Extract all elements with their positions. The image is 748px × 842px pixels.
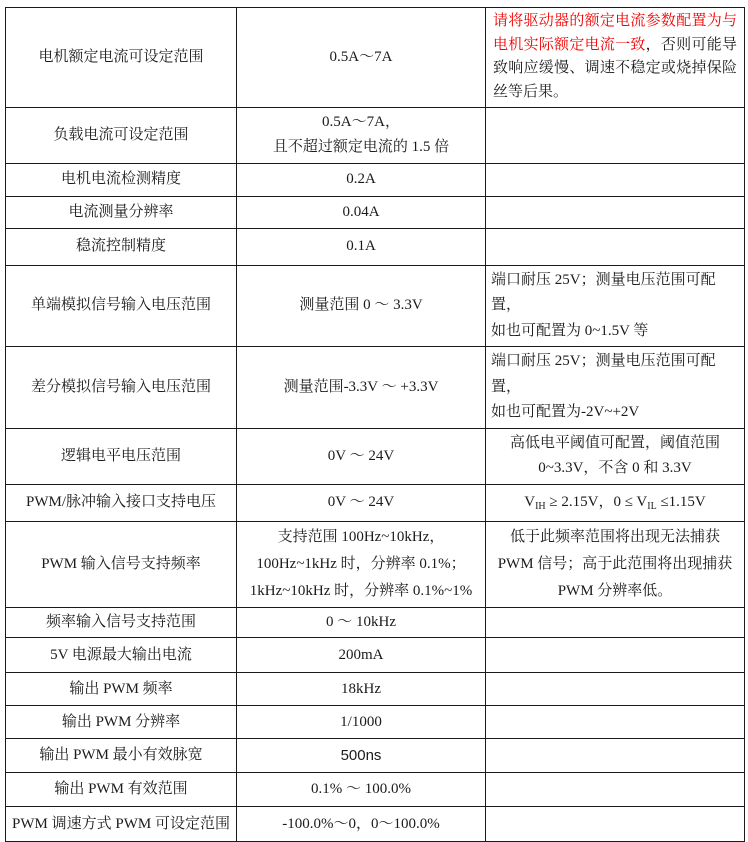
specs-table: 电机额定电流可设定范围 0.5A～7A 请将驱动器的额定电流参数配置为与电机实际… bbox=[5, 7, 745, 842]
value-text: 测量范围 0 ～ 3.3V bbox=[299, 297, 422, 313]
value-cell: 18kHz bbox=[237, 673, 486, 706]
param-label: 逻辑电平电压范围 bbox=[61, 448, 181, 464]
formula-subscript: IH bbox=[535, 501, 546, 512]
note-cell bbox=[486, 196, 745, 228]
value-cell: 0.04A bbox=[237, 196, 486, 228]
value-cell: 测量范围-3.3V ～ +3.3V bbox=[237, 347, 486, 429]
table-row: 频率输入信号支持范围 0 ～ 10kHz bbox=[6, 607, 745, 638]
param-cell: 输出 PWM 分辨率 bbox=[6, 706, 237, 739]
param-label: 单端模拟信号输入电压范围 bbox=[31, 297, 211, 313]
value-text: 0.2A bbox=[346, 171, 376, 187]
value-cell: 0.5A～7A， 且不超过额定电流的 1.5 倍 bbox=[237, 107, 486, 163]
param-cell: PWM/脉冲输入接口支持电压 bbox=[6, 484, 237, 521]
formula-text: ≤1.15V bbox=[657, 494, 706, 510]
value-cell: 0.1% ～ 100.0% bbox=[237, 773, 486, 807]
note-text: 高低电平阈值可配置，阈值范围 0~3.3V，不含 0 和 3.3V bbox=[510, 435, 720, 477]
param-label: PWM 调速方式 PWM 可设定范围 bbox=[12, 816, 230, 832]
value-cell: 200mA bbox=[237, 638, 486, 673]
note-text: 低于此频率范围将出现无法捕获 PWM 信号；高于此范围将出现捕获 PWM 分辨率… bbox=[498, 529, 733, 599]
param-cell: 输出 PWM 频率 bbox=[6, 673, 237, 706]
value-cell: 500ns bbox=[237, 739, 486, 773]
param-label: 输出 PWM 分辨率 bbox=[62, 714, 180, 730]
param-cell: PWM 调速方式 PWM 可设定范围 bbox=[6, 807, 237, 842]
note-cell: 请将驱动器的额定电流参数配置为与电机实际额定电流一致，否则可能导致响应缓慢、调速… bbox=[486, 8, 745, 108]
spec-document-page: 电机额定电流可设定范围 0.5A～7A 请将驱动器的额定电流参数配置为与电机实际… bbox=[0, 0, 748, 769]
table-row: 输出 PWM 分辨率 1/1000 bbox=[6, 706, 745, 739]
note-cell bbox=[486, 163, 745, 196]
value-cell: 0.2A bbox=[237, 163, 486, 196]
table-row: 逻辑电平电压范围 0V ～ 24V 高低电平阈值可配置，阈值范围 0~3.3V，… bbox=[6, 428, 745, 484]
param-cell: PWM 输入信号支持频率 bbox=[6, 521, 237, 607]
table-row: 差分模拟信号输入电压范围 测量范围-3.3V ～ +3.3V 端口耐压 25V；… bbox=[6, 347, 745, 429]
table-row: 稳流控制精度 0.1A bbox=[6, 228, 745, 265]
param-label: 负载电流可设定范围 bbox=[53, 127, 188, 143]
param-label: 电流测量分辨率 bbox=[68, 204, 173, 220]
param-cell: 差分模拟信号输入电压范围 bbox=[6, 347, 237, 429]
value-cell: 0.5A～7A bbox=[237, 8, 486, 108]
note-cell: 端口耐压 25V；测量电压范围可配置， 如也可配置为-2V~+2V bbox=[486, 347, 745, 429]
value-text: 0.1% ～ 100.0% bbox=[311, 781, 411, 797]
param-cell: 频率输入信号支持范围 bbox=[6, 607, 237, 638]
param-label: 输出 PWM 最小有效脉宽 bbox=[39, 747, 202, 763]
value-cell: 0 ～ 10kHz bbox=[237, 607, 486, 638]
param-cell: 负载电流可设定范围 bbox=[6, 107, 237, 163]
note-cell bbox=[486, 228, 745, 265]
note-cell bbox=[486, 739, 745, 773]
value-cell: 1/1000 bbox=[237, 706, 486, 739]
value-text: 18kHz bbox=[341, 681, 381, 697]
table-row: 输出 PWM 频率 18kHz bbox=[6, 673, 745, 706]
note-text: 端口耐压 25V；测量电压范围可配置， 如也可配置为 0~1.5V 等 bbox=[491, 272, 716, 339]
value-text: -100.0%～0，0～100.0% bbox=[282, 816, 440, 832]
value-cell: 0.1A bbox=[237, 228, 486, 265]
param-label: 电机电流检测精度 bbox=[61, 171, 181, 187]
value-cell: 0V ～ 24V bbox=[237, 484, 486, 521]
note-text: 端口耐压 25V；测量电压范围可配置， 如也可配置为-2V~+2V bbox=[491, 353, 716, 420]
note-cell bbox=[486, 773, 745, 807]
note-cell bbox=[486, 638, 745, 673]
param-label: 输出 PWM 频率 bbox=[69, 681, 172, 697]
value-text: 0V ～ 24V bbox=[328, 448, 394, 464]
value-text: 测量范围-3.3V ～ +3.3V bbox=[284, 379, 439, 395]
note-cell bbox=[486, 807, 745, 842]
param-label: 输出 PWM 有效范围 bbox=[54, 781, 187, 797]
table-row: 电流测量分辨率 0.04A bbox=[6, 196, 745, 228]
value-cell: 测量范围 0 ～ 3.3V bbox=[237, 265, 486, 347]
param-cell: 输出 PWM 最小有效脉宽 bbox=[6, 739, 237, 773]
param-label: 差分模拟信号输入电压范围 bbox=[31, 379, 211, 395]
param-cell: 电机电流检测精度 bbox=[6, 163, 237, 196]
formula-subscript: IL bbox=[647, 501, 656, 512]
value-text: 0.5A～7A bbox=[330, 49, 393, 65]
table-row: 负载电流可设定范围 0.5A～7A， 且不超过额定电流的 1.5 倍 bbox=[6, 107, 745, 163]
value-text: 0.1A bbox=[346, 238, 376, 254]
value-text: 0V ～ 24V bbox=[328, 494, 394, 510]
note-cell bbox=[486, 706, 745, 739]
param-cell: 电流测量分辨率 bbox=[6, 196, 237, 228]
value-text: 200mA bbox=[339, 647, 384, 663]
note-cell bbox=[486, 673, 745, 706]
value-cell: 0V ～ 24V bbox=[237, 428, 486, 484]
note-cell: 低于此频率范围将出现无法捕获 PWM 信号；高于此范围将出现捕获 PWM 分辨率… bbox=[486, 521, 745, 607]
param-label: 电机额定电流可设定范围 bbox=[38, 49, 203, 65]
param-label: 5V 电源最大输出电流 bbox=[50, 647, 192, 663]
note-cell: 高低电平阈值可配置，阈值范围 0~3.3V，不含 0 和 3.3V bbox=[486, 428, 745, 484]
param-cell: 电机额定电流可设定范围 bbox=[6, 8, 237, 108]
value-text: 0 ～ 10kHz bbox=[326, 614, 396, 630]
table-row: PWM/脉冲输入接口支持电压 0V ～ 24V VIH ≥ 2.15V，0 ≤ … bbox=[6, 484, 745, 521]
param-cell: 单端模拟信号输入电压范围 bbox=[6, 265, 237, 347]
param-label: 稳流控制精度 bbox=[76, 238, 166, 254]
table-row: 5V 电源最大输出电流 200mA bbox=[6, 638, 745, 673]
note-cell-voltage-thresholds: VIH ≥ 2.15V，0 ≤ VIL ≤1.15V bbox=[486, 484, 745, 521]
table-row: 单端模拟信号输入电压范围 测量范围 0 ～ 3.3V 端口耐压 25V；测量电压… bbox=[6, 265, 745, 347]
table-row: 电机额定电流可设定范围 0.5A～7A 请将驱动器的额定电流参数配置为与电机实际… bbox=[6, 8, 745, 108]
param-cell: 稳流控制精度 bbox=[6, 228, 237, 265]
table-row: PWM 输入信号支持频率 支持范围 100Hz~10kHz， 100Hz~1kH… bbox=[6, 521, 745, 607]
param-label: 频率输入信号支持范围 bbox=[46, 614, 196, 630]
param-cell: 5V 电源最大输出电流 bbox=[6, 638, 237, 673]
param-cell: 输出 PWM 有效范围 bbox=[6, 773, 237, 807]
note-cell bbox=[486, 107, 745, 163]
param-label: PWM/脉冲输入接口支持电压 bbox=[26, 494, 216, 510]
note-cell bbox=[486, 607, 745, 638]
table-row: PWM 调速方式 PWM 可设定范围 -100.0%～0，0～100.0% bbox=[6, 807, 745, 842]
note-cell: 端口耐压 25V；测量电压范围可配置， 如也可配置为 0~1.5V 等 bbox=[486, 265, 745, 347]
value-text: 0.5A～7A， 且不超过额定电流的 1.5 倍 bbox=[273, 114, 449, 156]
formula-text: ≥ 2.15V，0 ≤ V bbox=[546, 494, 648, 510]
table-row: 电机电流检测精度 0.2A bbox=[6, 163, 745, 196]
param-cell: 逻辑电平电压范围 bbox=[6, 428, 237, 484]
param-label: PWM 输入信号支持频率 bbox=[41, 556, 201, 572]
table-row: 输出 PWM 有效范围 0.1% ～ 100.0% bbox=[6, 773, 745, 807]
value-text: 支持范围 100Hz~10kHz， 100Hz~1kHz 时，分辨率 0.1%；… bbox=[250, 529, 472, 599]
value-text: 0.04A bbox=[342, 204, 379, 220]
formula-text: V bbox=[524, 494, 535, 510]
value-text: 1/1000 bbox=[340, 714, 382, 730]
value-cell: 支持范围 100Hz~10kHz， 100Hz~1kHz 时，分辨率 0.1%；… bbox=[237, 521, 486, 607]
table-row: 输出 PWM 最小有效脉宽 500ns bbox=[6, 739, 745, 773]
value-cell: -100.0%～0，0～100.0% bbox=[237, 807, 486, 842]
value-text: 500ns bbox=[341, 747, 382, 764]
